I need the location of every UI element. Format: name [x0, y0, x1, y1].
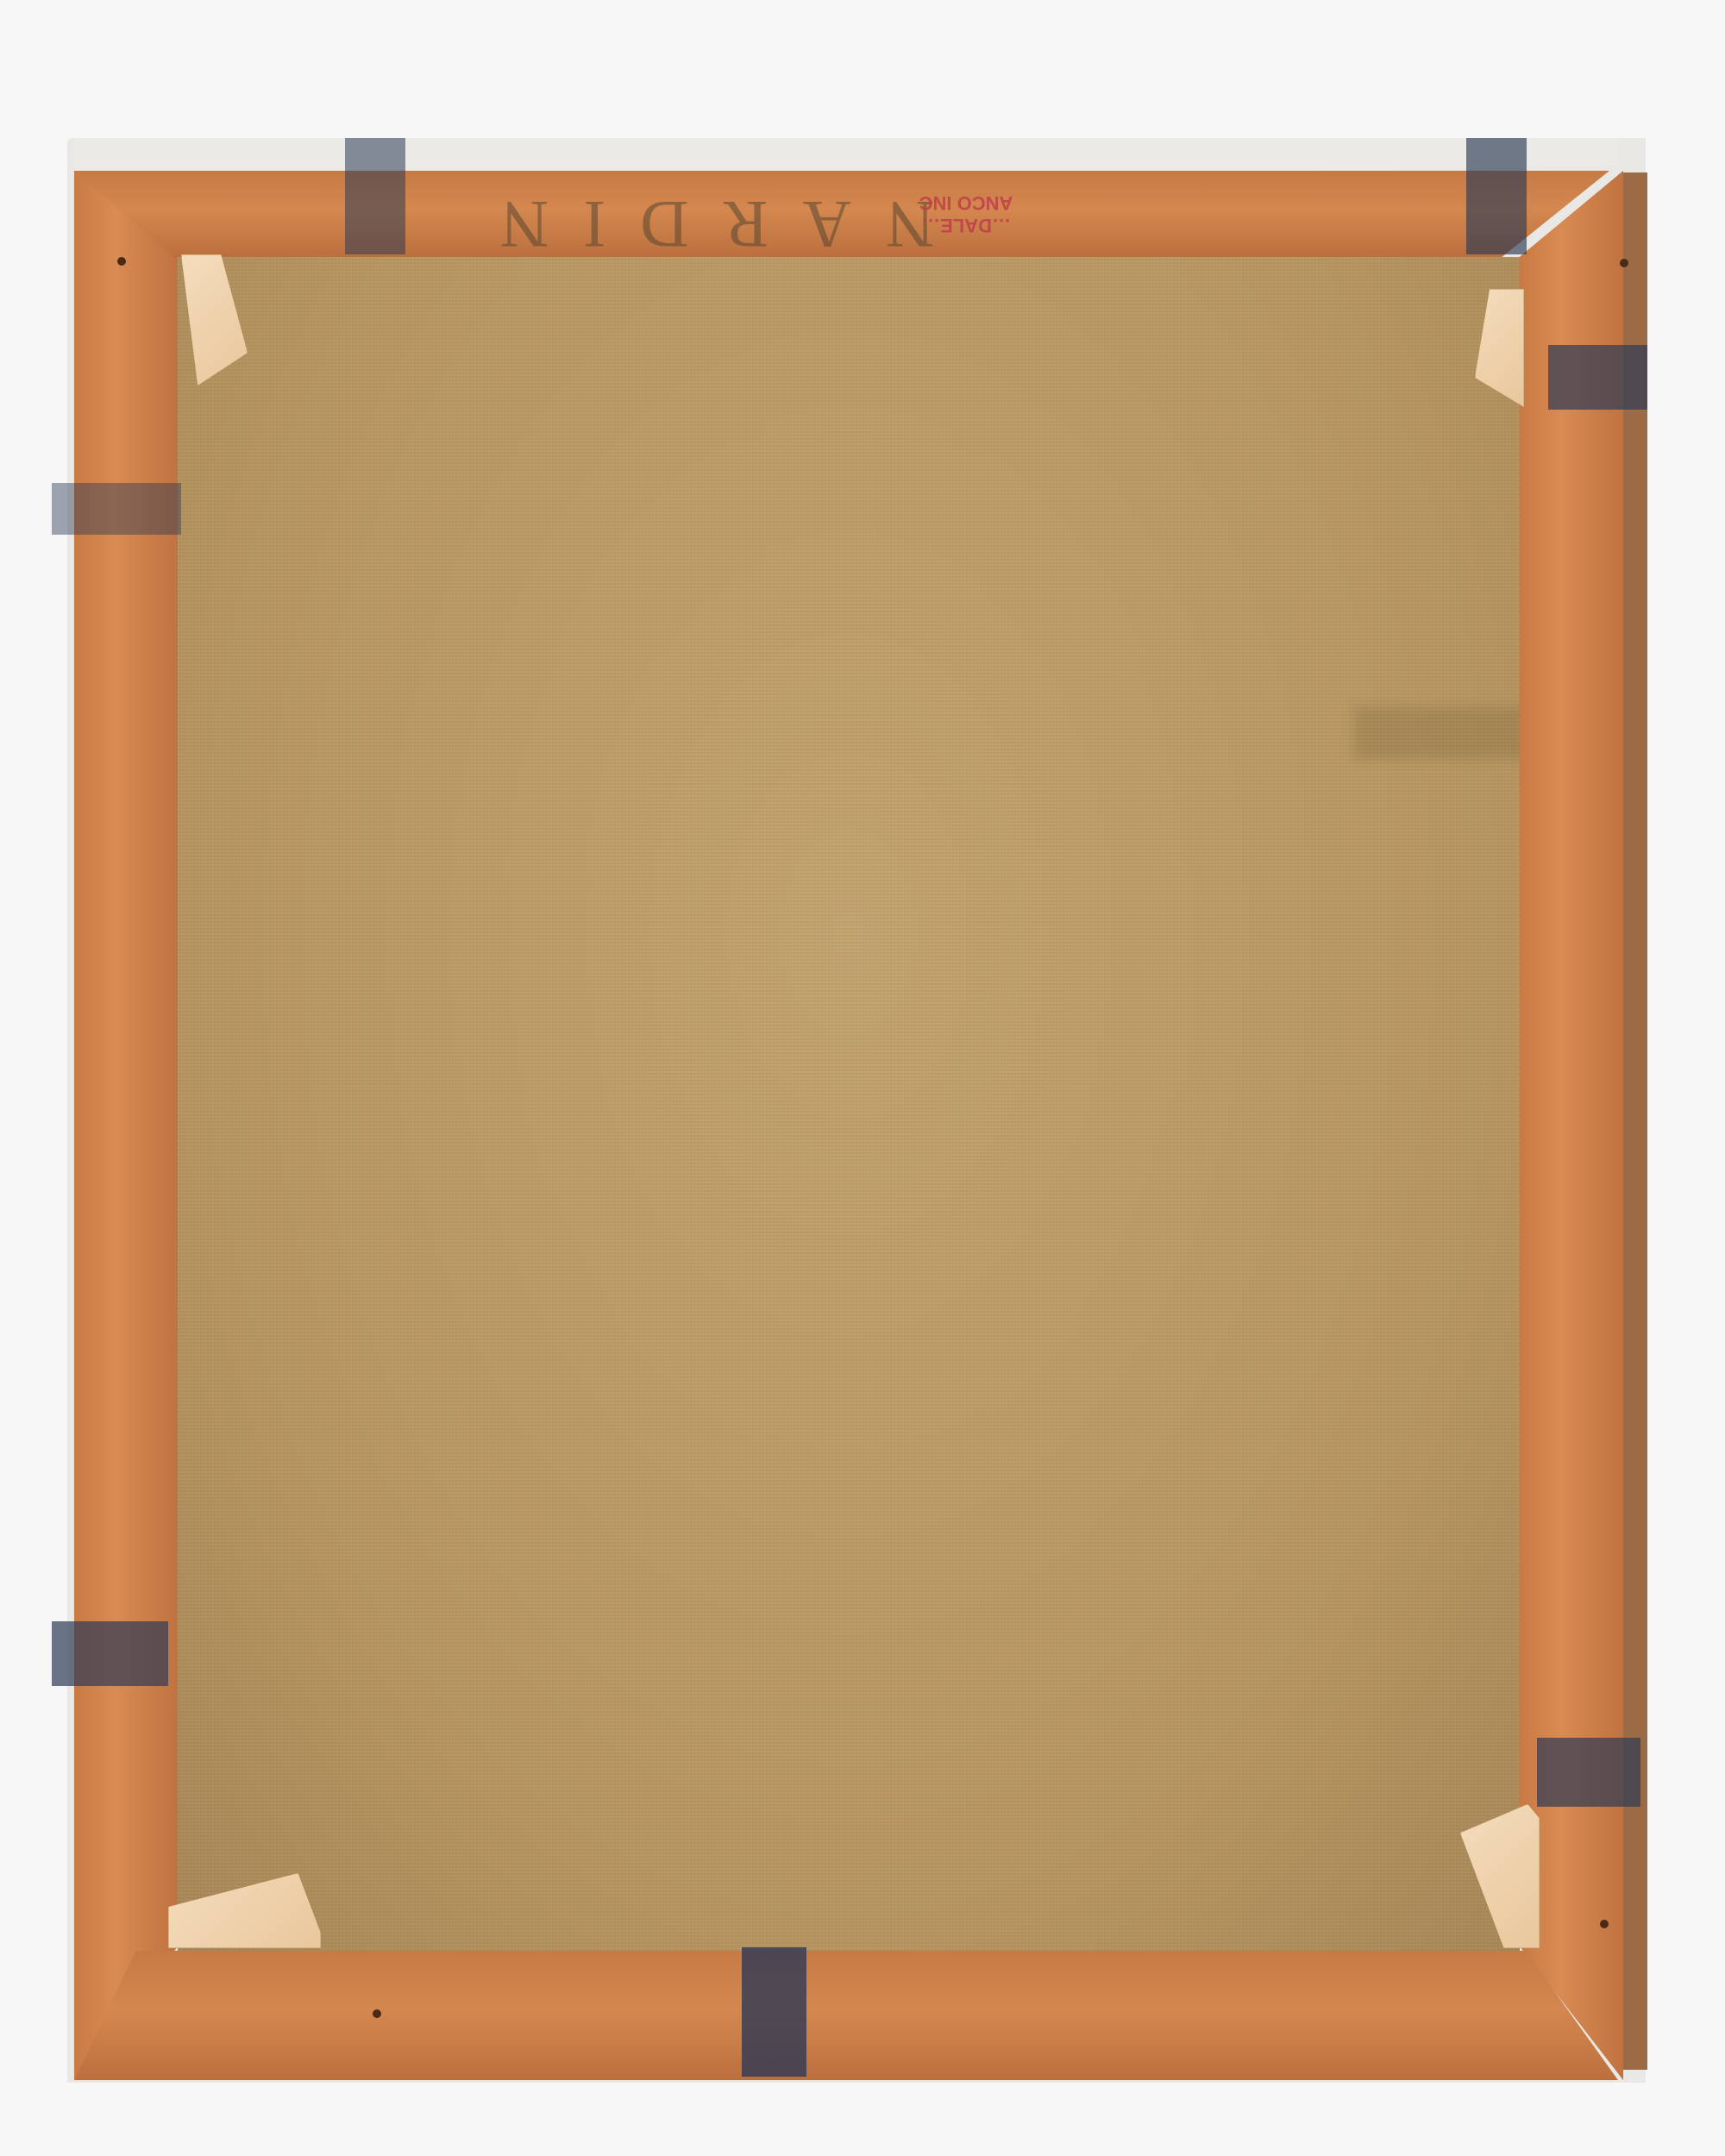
tape-mark — [52, 483, 181, 535]
tape-mark — [345, 138, 405, 254]
stamp-line-2: ANCO INC — [897, 191, 1035, 214]
linen-canvas-back — [178, 257, 1520, 1951]
tape-mark — [1466, 138, 1527, 254]
tape-mark — [1548, 345, 1647, 410]
stretcher-bar-left — [74, 171, 178, 2080]
nail-hole — [1600, 1920, 1609, 1928]
tape-mark — [742, 1947, 806, 2077]
canvas-stain — [1354, 707, 1527, 759]
pencil-inscription: NARDIN — [466, 185, 934, 263]
stretcher-bar-bottom — [74, 1951, 1618, 2080]
maker-stamp: …DALE… ANCO INC — [897, 191, 1035, 236]
nail-hole — [1620, 259, 1628, 267]
nail-hole — [117, 257, 126, 266]
stamp-line-1: …DALE… — [897, 214, 1035, 236]
tape-mark — [1537, 1738, 1640, 1807]
tape-mark — [52, 1621, 168, 1686]
nail-hole — [373, 2009, 381, 2018]
